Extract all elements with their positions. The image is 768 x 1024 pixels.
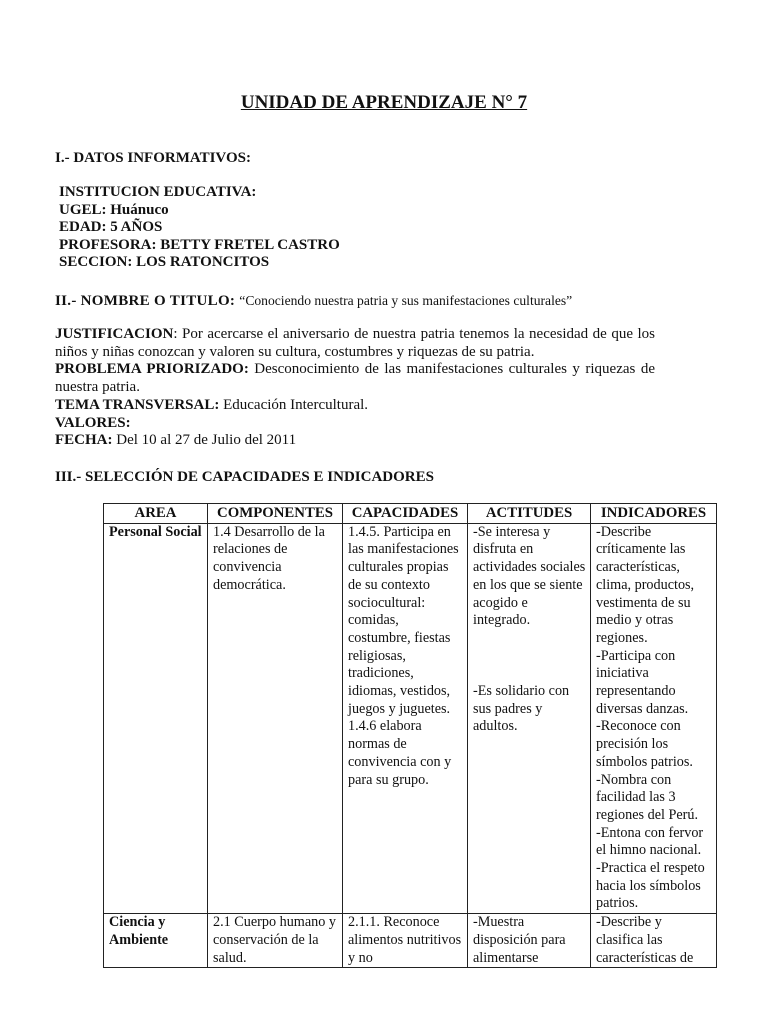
field-profesora: PROFESORA: BETTY FRETEL CASTRO [59, 237, 340, 255]
section-3-heading: III.- SELECCIÓN DE CAPACIDADES E INDICAD… [55, 469, 434, 487]
problema-priorizado: PROBLEMA PRIORIZADO: Desconocimiento de … [55, 361, 655, 396]
header-indicadores: INDICADORES [591, 504, 717, 524]
unit-title: “Conociendo nuestra patria y sus manifes… [239, 293, 572, 308]
justificacion: JUSTIFICACION: Por acercarse el aniversa… [55, 326, 655, 361]
cell-componentes: 1.4 Desarrollo de la relaciones de convi… [208, 523, 343, 913]
section-2-heading: II.- NOMBRE O TITULO: [55, 293, 235, 309]
header-area: AREA [104, 504, 208, 524]
capacidades-table: AREA COMPONENTES CAPACIDADES ACTITUDES I… [103, 503, 717, 968]
info-fields: INSTITUCION EDUCATIVA: UGEL: Huánuco EDA… [59, 184, 340, 272]
field-ugel: UGEL: Huánuco [59, 202, 340, 220]
cell-area: Ciencia y Ambiente [104, 914, 208, 968]
header-componentes: COMPONENTES [208, 504, 343, 524]
section-2: II.- NOMBRE O TITULO: “Conociendo nuestr… [55, 292, 572, 311]
section-1-heading: I.- DATOS INFORMATIVOS: [55, 150, 251, 168]
header-capacidades: CAPACIDADES [343, 504, 468, 524]
field-edad: EDAD: 5 AÑOS [59, 219, 340, 237]
cell-actitudes: -Se interesa y disfruta en actividades s… [468, 523, 591, 913]
cell-componentes: 2.1 Cuerpo humano y conservación de la s… [208, 914, 343, 968]
cell-capacidades: 1.4.5. Participa en las manifestaciones … [343, 523, 468, 913]
cell-indicadores: -Describe y clasifica las característica… [591, 914, 717, 968]
details-block: JUSTIFICACION: Por acercarse el aniversa… [55, 326, 655, 450]
table-header-row: AREA COMPONENTES CAPACIDADES ACTITUDES I… [104, 504, 717, 524]
field-seccion: SECCION: LOS RATONCITOS [59, 254, 340, 272]
table-row: Ciencia y Ambiente 2.1 Cuerpo humano y c… [104, 914, 717, 968]
cell-indicadores: -Describe críticamente las característic… [591, 523, 717, 913]
cell-capacidades: 2.1.1. Reconoce alimentos nutritivos y n… [343, 914, 468, 968]
document-title: UNIDAD DE APRENDIZAJE N° 7 [0, 92, 768, 114]
table-row: Personal Social 1.4 Desarrollo de la rel… [104, 523, 717, 913]
cell-actitudes: -Muestra disposición para alimentarse [468, 914, 591, 968]
fecha: FECHA: Del 10 al 27 de Julio del 2011 [55, 432, 655, 450]
tema-transversal: TEMA TRANSVERSAL: Educación Intercultura… [55, 397, 655, 415]
valores: VALORES: [55, 415, 655, 433]
field-institucion: INSTITUCION EDUCATIVA: [59, 184, 340, 202]
cell-area: Personal Social [104, 523, 208, 913]
header-actitudes: ACTITUDES [468, 504, 591, 524]
